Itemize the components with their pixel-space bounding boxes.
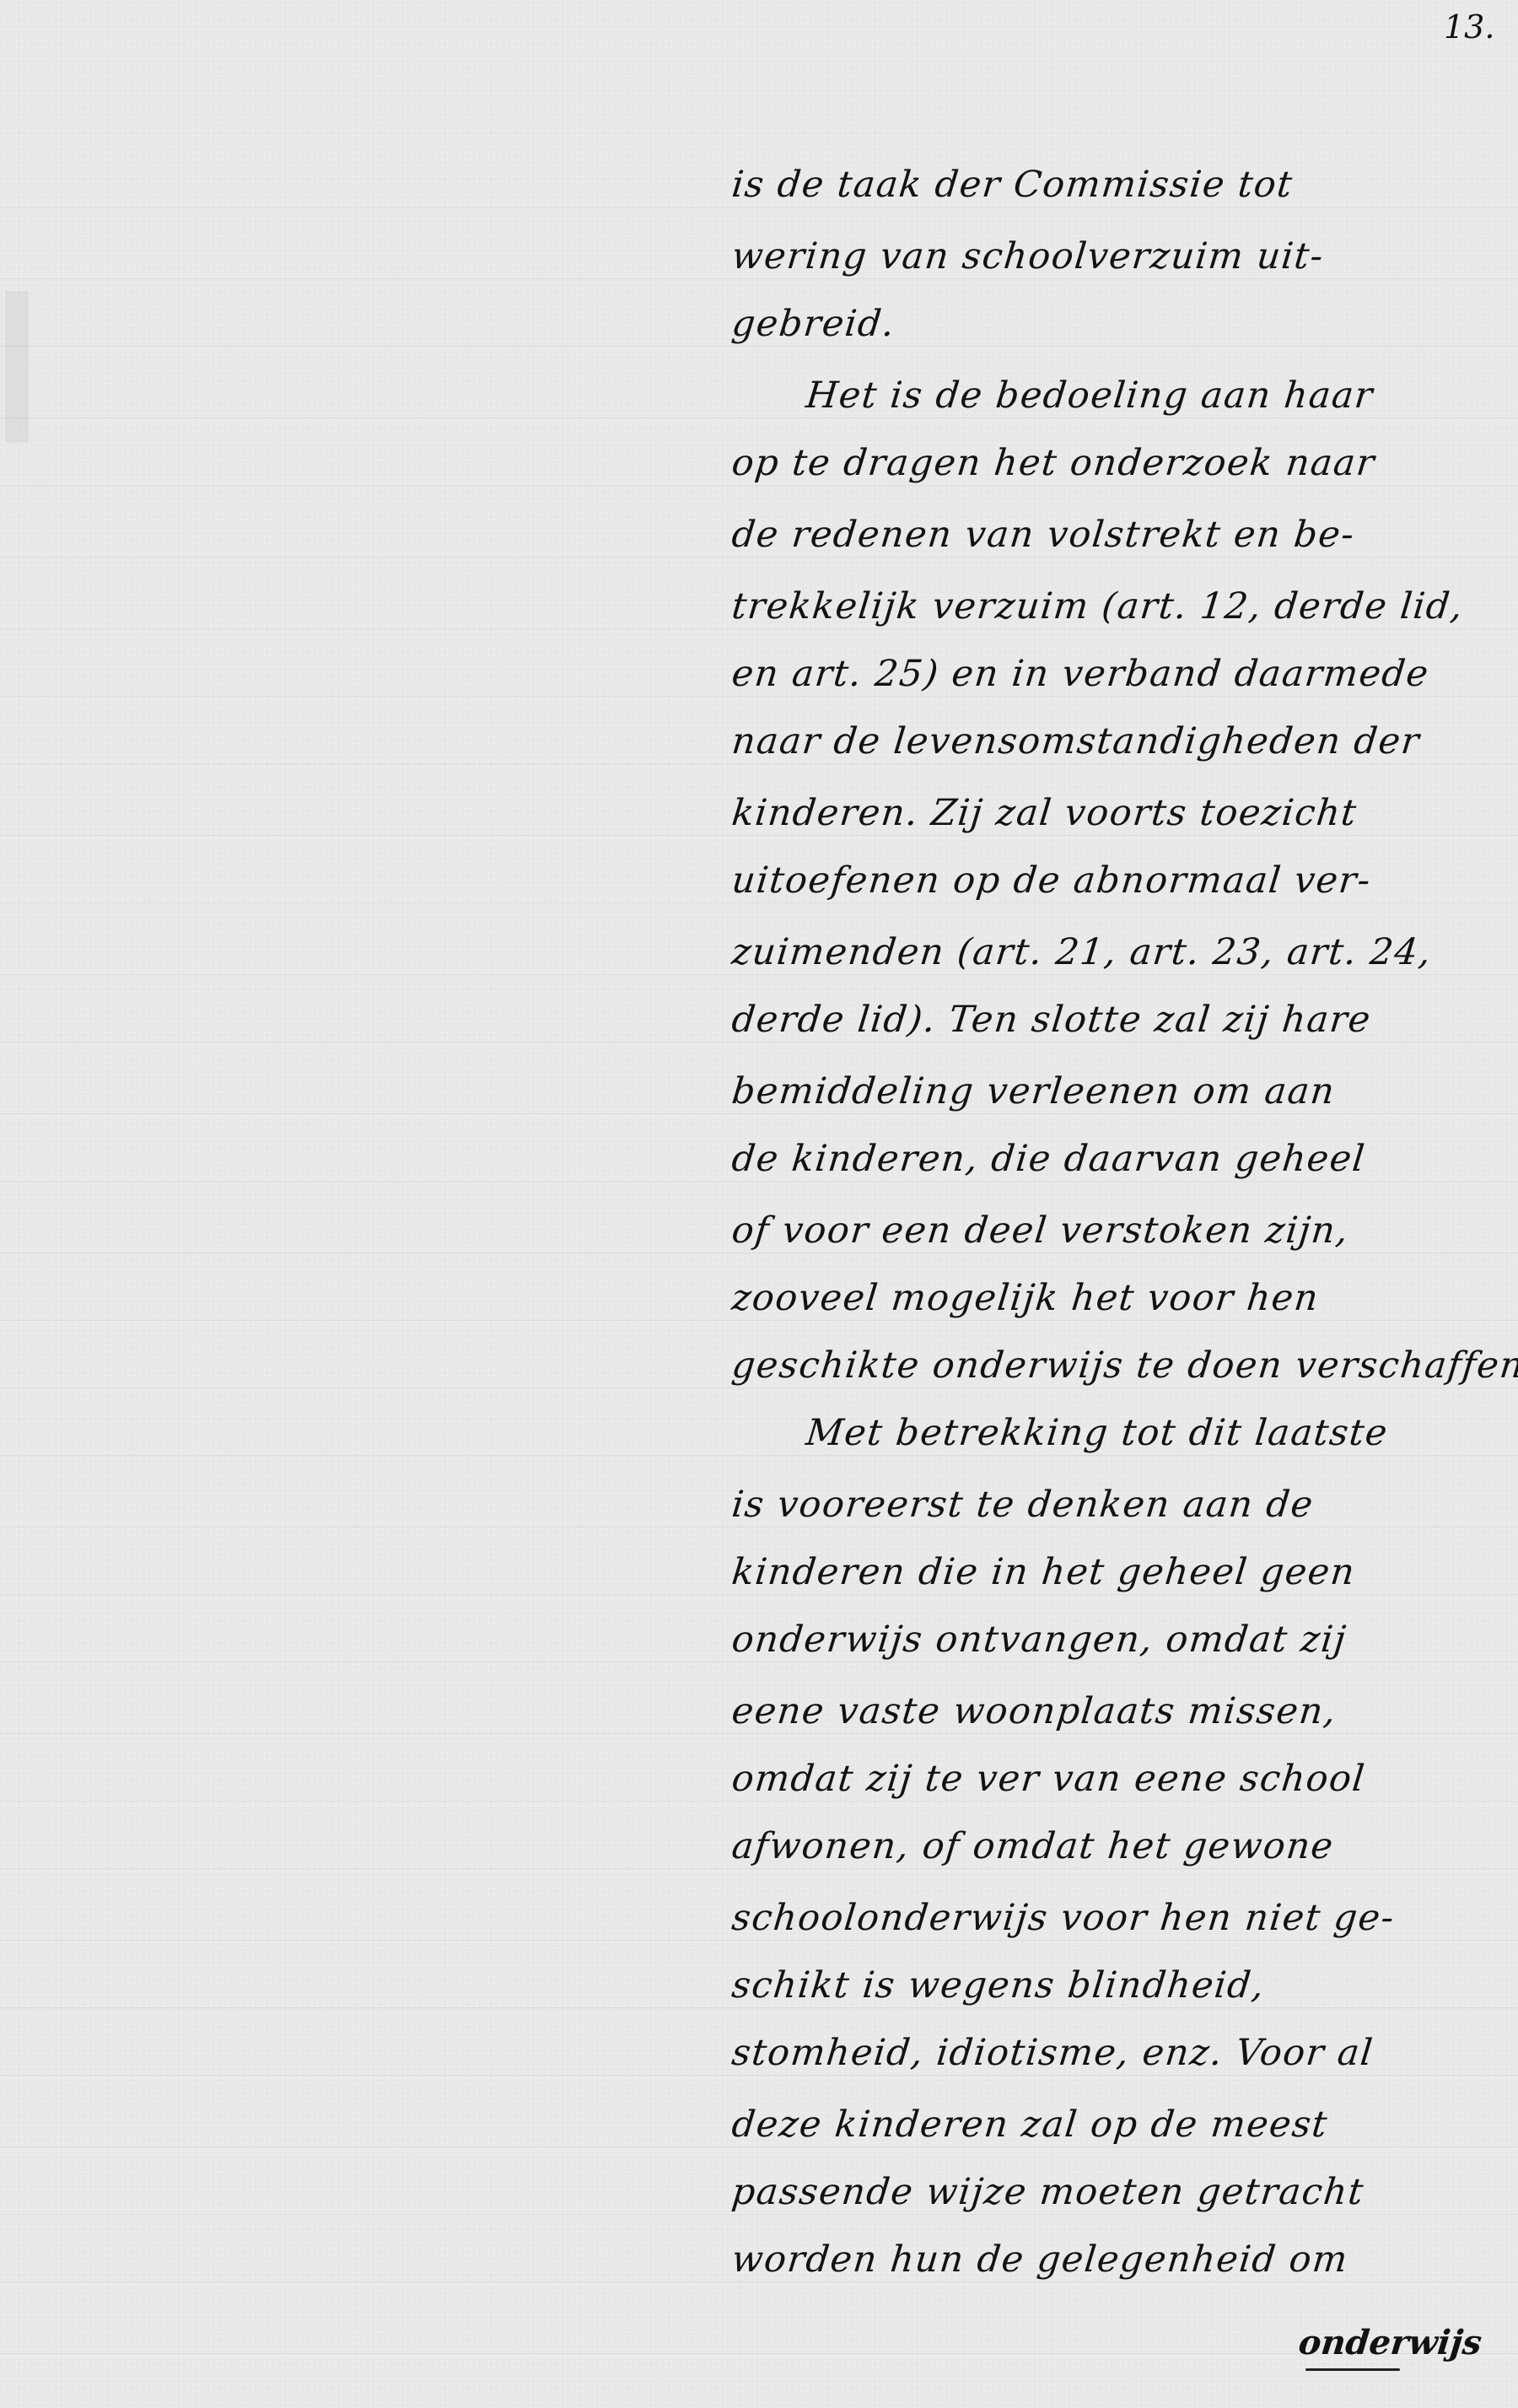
text-line: de kinderen, die daarvan geheel [729, 1138, 1367, 1180]
ruled-line [0, 557, 1518, 558]
text-line: is de taak der Commissie tot [729, 164, 1295, 206]
left-margin-mark [5, 291, 29, 443]
text-line: schikt is wegens blindheid, [729, 1964, 1267, 2007]
text-line: gebreid. [729, 303, 897, 345]
text-line: passende wijze moeten getracht [729, 2171, 1366, 2213]
text-line: stomheid, idiotisme, enz. Voor al [729, 2032, 1375, 2074]
ruled-line [0, 207, 1518, 207]
catchword: onderwijs [1297, 2323, 1484, 2362]
ruled-line [0, 278, 1518, 279]
text-line: wering van schoolverzuim uit- [729, 235, 1326, 277]
text-line: of voor een deel verstoken zijn, [729, 1209, 1351, 1252]
ruled-line [0, 1181, 1518, 1182]
ruled-line [0, 417, 1518, 418]
ruled-line [0, 2281, 1518, 2282]
ruled-line [0, 974, 1518, 975]
ruled-line [0, 696, 1518, 697]
text-line: deze kinderen zal op de meest [729, 2104, 1330, 2146]
ruled-line [0, 2214, 1518, 2215]
ruled-line [0, 763, 1518, 764]
text-line: zooveel mogelijk het voor hen [729, 1277, 1321, 1319]
ruled-line [0, 835, 1518, 836]
ruled-line [0, 485, 1518, 486]
text-line: zuimenden (art. 21, art. 23, art. 24, [729, 931, 1434, 973]
text-line: eene vaste woonplaats missen, [729, 1690, 1338, 1732]
text-line: afwonen, of omdat het gewone [729, 1825, 1336, 1867]
text-line: en art. 25) en in verband daarmede [729, 653, 1431, 695]
ruled-line [0, 1527, 1518, 1527]
ruled-line [0, 2007, 1518, 2008]
text-line: schoolonderwijs voor hen niet ge- [729, 1897, 1397, 1939]
ruled-line [0, 1455, 1518, 1456]
text-line: derde lid). Ten slotte zal zij hare [729, 999, 1373, 1041]
text-line: kinderen. Zij zal voorts toezicht [729, 792, 1359, 834]
page-number: 13. [1444, 8, 1494, 46]
ruled-line [0, 346, 1518, 347]
ruled-line [0, 1113, 1518, 1114]
text-line: onderwijs ontvangen, omdat zij [729, 1619, 1348, 1661]
text-line: kinderen die in het geheel geen [729, 1551, 1357, 1593]
ruled-line [0, 628, 1518, 629]
text-line: is vooreerst te denken aan de [729, 1484, 1316, 1526]
ruled-line [0, 902, 1518, 903]
ruled-line [0, 1042, 1518, 1042]
text-line: geschikte onderwijs te doen verschaffen. [729, 1344, 1518, 1387]
ruled-line [0, 1868, 1518, 1869]
catchword-underline [1305, 2368, 1400, 2371]
ruled-line [0, 1320, 1518, 1321]
ruled-line [0, 1940, 1518, 1941]
ruled-line [0, 1733, 1518, 1734]
ruled-line [0, 2147, 1518, 2147]
ruled-line [0, 1252, 1518, 1253]
text-line: naar de levensomstandigheden der [729, 720, 1422, 762]
text-line: Het is de bedoeling aan haar [804, 374, 1375, 417]
ruled-line [0, 1594, 1518, 1595]
ruled-line [0, 2353, 1518, 2354]
text-line: bemiddeling verleenen om aan [729, 1070, 1337, 1112]
text-line: uitoefenen op de abnormaal ver- [729, 859, 1373, 902]
ruled-line [0, 1801, 1518, 1802]
ruled-line [0, 1662, 1518, 1662]
text-line: op te dragen het onderzoek naar [729, 442, 1377, 484]
text-line: omdat zij te ver van eene school [729, 1758, 1367, 1800]
ruled-line [0, 1387, 1518, 1388]
text-line: trekkelijk verzuim (art. 12, derde lid, [729, 585, 1466, 628]
ruled-line [0, 2075, 1518, 2076]
text-line: de redenen van volstrekt en be- [729, 514, 1357, 556]
text-line: Met betrekking tot dit laatste [804, 1412, 1390, 1454]
text-line: worden hun de gelegenheid om [729, 2238, 1350, 2281]
